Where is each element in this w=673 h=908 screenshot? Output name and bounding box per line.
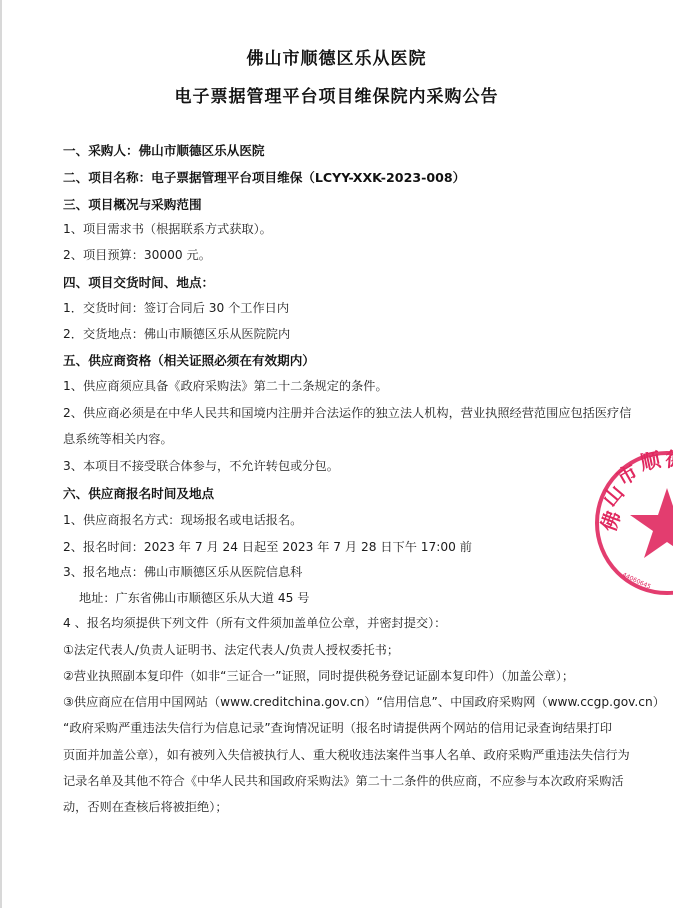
section-delivery: 四、项目交货时间、地点： [63,272,214,291]
document-title-org: 佛山市顺德区乐从医院 [0,44,673,69]
overview-item-1: 1、项目需求书（根据联系方式获取）。 [63,220,272,237]
document-item-3-cont-4: 动，否则在查核后将被拒绝）； [63,798,228,815]
registration-time: 2、报名时间：2023 年 7 月 24 日起至 2023 年 7 月 28 日… [63,538,472,555]
section-registration: 六、供应商报名时间及地点 [63,483,214,502]
document-page: 佛山市顺德区乐从医院 电子票据管理平台项目维保院内采购公告 一、采购人：佛山市顺… [0,0,673,908]
section-purchaser: 一、采购人：佛山市顺德区乐从医院 [63,140,265,159]
registration-address: 地址：广东省佛山市顺德区乐从大道 45 号 [79,589,309,606]
qualification-item-2: 2、供应商必须是在中华人民共和国境内注册并合法运作的独立法人机构，营业执照经营范… [63,404,631,421]
qualification-item-1: 1、供应商须应具备《政府采购法》第二十二条规定的条件。 [63,377,388,394]
registration-documents: 4 、报名均须提供下列文件（所有文件须加盖单位公章，并密封提交）： [63,614,446,631]
delivery-time: 1．交货时间：签订合同后 30 个工作日内 [63,299,289,316]
registration-method: 1、供应商报名方式：现场报名或电话报名。 [63,511,302,528]
overview-item-2: 2、项目预算：30000 元。 [63,246,211,263]
svg-text:德: 德 [665,448,673,472]
document-title-main: 电子票据管理平台项目维保院内采购公告 [0,82,673,107]
registration-location: 3、报名地点：佛山市顺德区乐从医院信息科 [63,563,302,580]
qualification-item-2-cont: 息系统等相关内容。 [63,430,173,447]
star-icon [630,488,673,558]
svg-text:佛: 佛 [596,508,625,535]
delivery-location: 2．交货地点：佛山市顺德区乐从医院院内 [63,325,290,342]
svg-text:市: 市 [613,460,642,491]
document-item-3-cont-3: 记录名单及其他不符合《中华人民共和国政府采购法》第二十二条件的供应商，不应参与本… [63,772,624,789]
section-project-overview: 三、项目概况与采购范围 [63,194,202,213]
qualification-item-3: 3、本项目不接受联合体参与，不允许转包或分包。 [63,457,339,474]
document-item-3: ③供应商应在信用中国网站（www.creditchina.gov.cn）“信用信… [63,693,665,710]
document-item-3-cont-2: 页面并加盖公章），如有被列入失信被执行人、重大税收违法案件当事人名单、政府采购严… [63,746,630,763]
section-qualification: 五、供应商资格（相关证照必须在有效期内） [63,350,315,369]
document-item-2: ②营业执照副本复印件（如非“三证合一”证照，同时提供税务登记证副本复印件）（加盖… [63,667,574,684]
official-seal-stamp: 佛 山 市 顺 德 区 44060645 [592,448,673,598]
document-item-3-cont-1: “政府采购严重违法失信行为信息记录”查询情况证明（报名时请提供两个网站的信用记录… [63,719,612,736]
document-item-1: ①法定代表人/负责人证明书、法定代表人/负责人授权委托书； [63,641,399,658]
section-project-name: 二、项目名称：电子票据管理平台项目维保（LCYY-XXK-2023-008） [63,167,465,186]
